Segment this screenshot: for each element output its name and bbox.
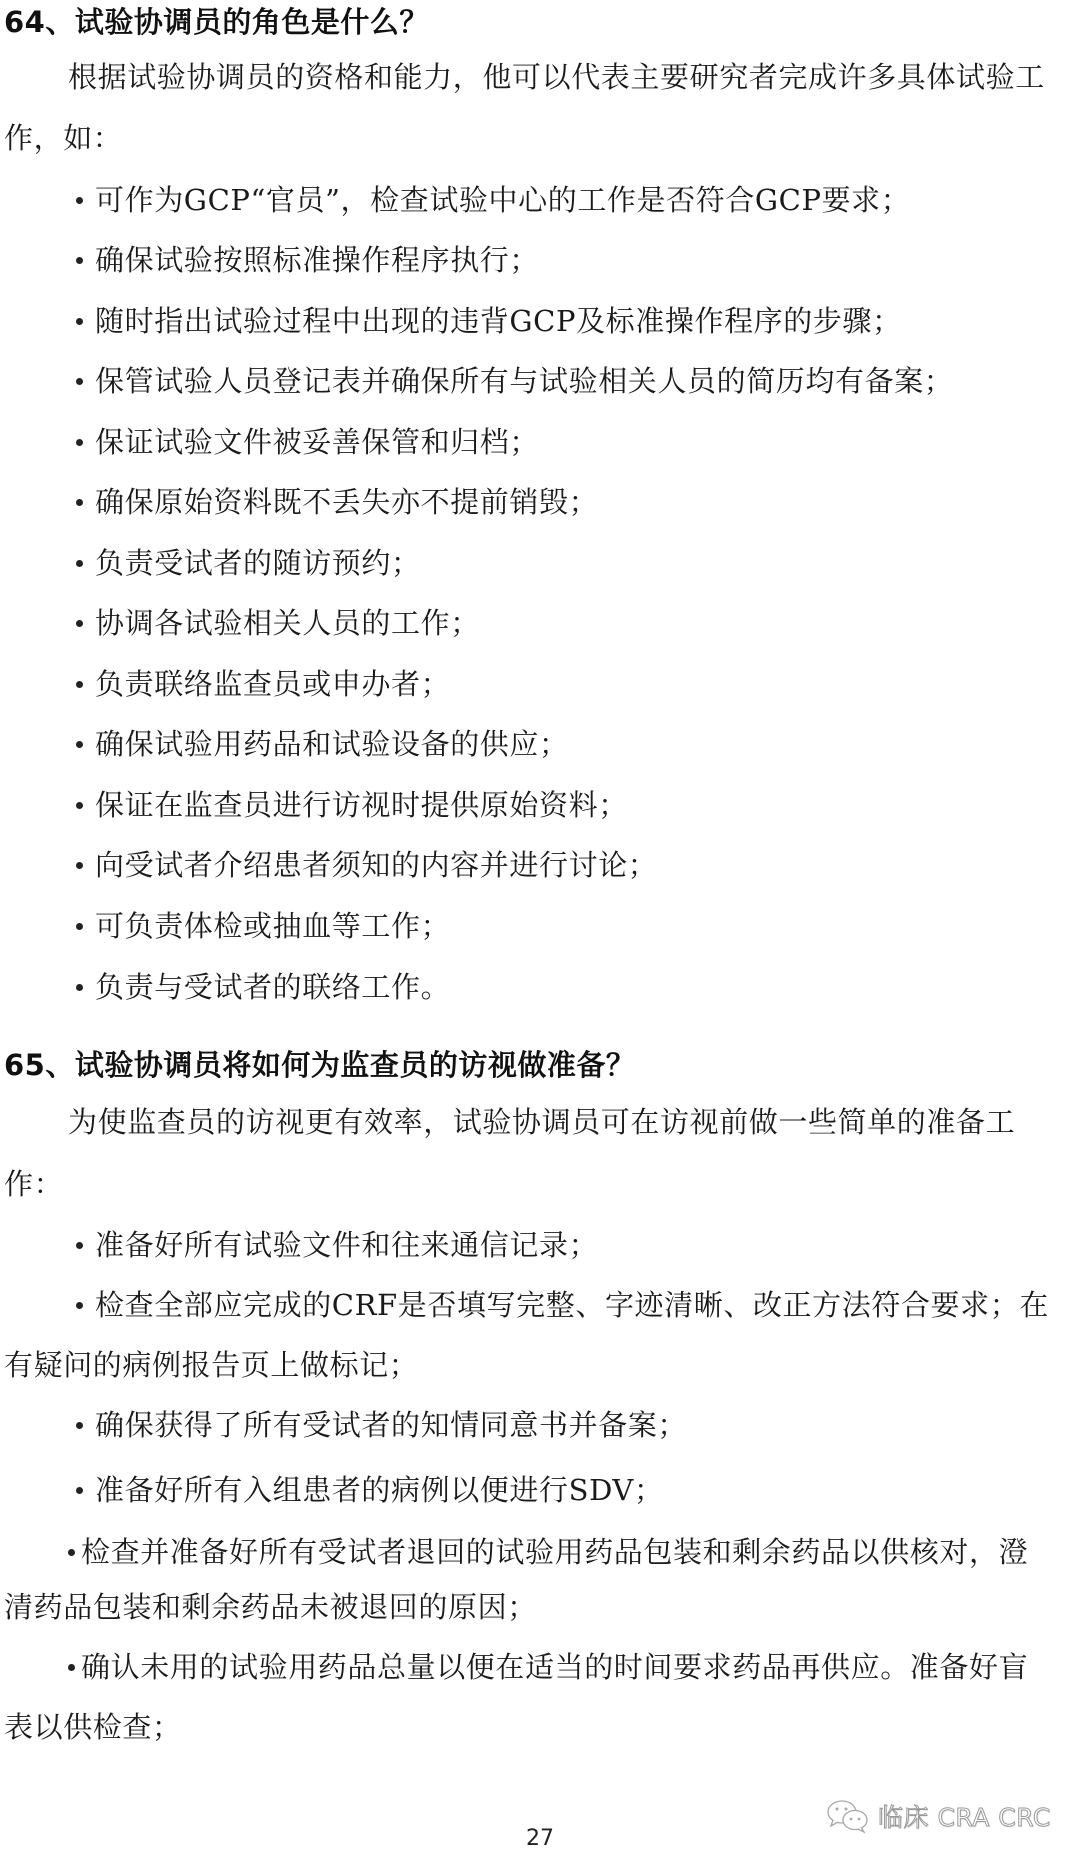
bullet-icon (76, 802, 83, 809)
bullet-icon (76, 1422, 83, 1429)
bullet-icon (76, 197, 83, 204)
list-item-text: 负责与受试者的联络工作。 (95, 970, 450, 1004)
list-item: 确认未用的试验用药品总量以便在适当的时间要求药品再供应。准备好盲 (68, 1647, 1028, 1687)
list-item-text: 可负责体检或抽血等工作； (95, 909, 450, 943)
intro-line: 作： (4, 1164, 63, 1204)
bullet-icon (76, 681, 83, 688)
list-item: 协调各试验相关人员的工作； (76, 603, 480, 643)
bullet-icon (76, 499, 83, 506)
list-item: 准备好所有试验文件和往来通信记录； (76, 1225, 598, 1265)
list-item-text: 确认未用的试验用药品总量以便在适当的时间要求药品再供应。准备好盲 (81, 1650, 1028, 1684)
bullet-icon (76, 560, 83, 567)
list-item: 可作为GCP“官员”，检查试验中心的工作是否符合GCP要求； (76, 180, 910, 220)
list-item-text: 准备好所有入组患者的病例以便进行SDV； (95, 1473, 664, 1507)
section-heading: 65、试验协调员将如何为监查员的访视做准备？ (4, 1045, 635, 1085)
list-item-text: 可作为GCP“官员”，检查试验中心的工作是否符合GCP要求； (95, 183, 910, 217)
list-item-text: 检查全部应完成的CRF是否填写完整、字迹清晰、改正方法符合要求；在 (95, 1288, 1049, 1322)
list-item: 确保获得了所有受试者的知情同意书并备案； (76, 1405, 687, 1445)
list-item-text: 负责联络监查员或申办者； (95, 667, 450, 701)
page-number: 27 (0, 1826, 1080, 1851)
list-item: 保证在监查员进行访视时提供原始资料； (76, 785, 628, 825)
bullet-icon (76, 1302, 83, 1309)
list-item: 保管试验人员登记表并确保所有与试验相关人员的简历均有备案； (76, 361, 953, 401)
list-item: 准备好所有入组患者的病例以便进行SDV； (76, 1470, 664, 1510)
list-item-text: 确保获得了所有受试者的知情同意书并备案； (95, 1408, 687, 1442)
list-item: 检查全部应完成的CRF是否填写完整、字迹清晰、改正方法符合要求；在 (76, 1285, 1049, 1325)
list-item: 负责受试者的随访预约； (76, 543, 421, 583)
bullet-icon (76, 862, 83, 869)
list-item-text: 协调各试验相关人员的工作； (95, 606, 480, 640)
list-item-continuation: 表以供检查； (4, 1707, 182, 1747)
list-item: 随时指出试验过程中出现的违背GCP及标准操作程序的步骤； (76, 301, 902, 341)
list-item-text: 确保试验按照标准操作程序执行； (95, 243, 539, 277)
section-heading: 64、试验协调员的角色是什么？ (4, 2, 429, 42)
bullet-icon (68, 1549, 75, 1556)
list-item: 可负责体检或抽血等工作； (76, 906, 450, 946)
list-item: 确保试验用药品和试验设备的供应； (76, 724, 569, 764)
list-item-text: 确保试验用药品和试验设备的供应； (95, 727, 569, 761)
list-item-text: 负责受试者的随访预约； (95, 546, 421, 580)
intro-line: 根据试验协调员的资格和能力，他可以代表主要研究者完成许多具体试验工 (68, 57, 1045, 97)
list-item-text: 准备好所有试验文件和往来通信记录； (95, 1228, 598, 1262)
list-item: 确保试验按照标准操作程序执行； (76, 240, 539, 280)
list-item-continuation: 清药品包装和剩余药品未被退回的原因； (4, 1587, 537, 1627)
bullet-icon (76, 318, 83, 325)
bullet-icon (68, 1664, 75, 1671)
list-item: 检查并准备好所有受试者退回的试验用药品包装和剩余药品以供核对，澄 (68, 1532, 1028, 1572)
list-item-text: 检查并准备好所有受试者退回的试验用药品包装和剩余药品以供核对，澄 (81, 1535, 1028, 1569)
bullet-icon (76, 1487, 83, 1494)
list-item-continuation: 有疑问的病例报告页上做标记； (4, 1345, 418, 1385)
bullet-icon (76, 923, 83, 930)
bullet-icon (76, 620, 83, 627)
list-item-text: 向受试者介绍患者须知的内容并进行讨论； (95, 848, 657, 882)
bullet-icon (76, 1242, 83, 1249)
bullet-icon (76, 257, 83, 264)
list-item: 保证试验文件被妥善保管和归档； (76, 422, 539, 462)
list-item-text: 保证在监查员进行访视时提供原始资料； (95, 788, 628, 822)
bullet-icon (76, 984, 83, 991)
list-item: 负责与受试者的联络工作。 (76, 967, 450, 1007)
list-item-text: 确保原始资料既不丢失亦不提前销毁； (95, 485, 598, 519)
list-item-text: 保管试验人员登记表并确保所有与试验相关人员的简历均有备案； (95, 364, 953, 398)
bullet-icon (76, 378, 83, 385)
list-item: 负责联络监查员或申办者； (76, 664, 450, 704)
list-item: 确保原始资料既不丢失亦不提前销毁； (76, 482, 598, 522)
intro-line: 为使监查员的访视更有效率，试验协调员可在访视前做一些简单的准备工 (68, 1102, 1015, 1142)
intro-line: 作，如： (4, 118, 122, 158)
list-item-text: 保证试验文件被妥善保管和归档； (95, 425, 539, 459)
bullet-icon (76, 439, 83, 446)
list-item-text: 随时指出试验过程中出现的违背GCP及标准操作程序的步骤； (95, 304, 902, 338)
list-item: 向受试者介绍患者须知的内容并进行讨论； (76, 845, 657, 885)
bullet-icon (76, 741, 83, 748)
